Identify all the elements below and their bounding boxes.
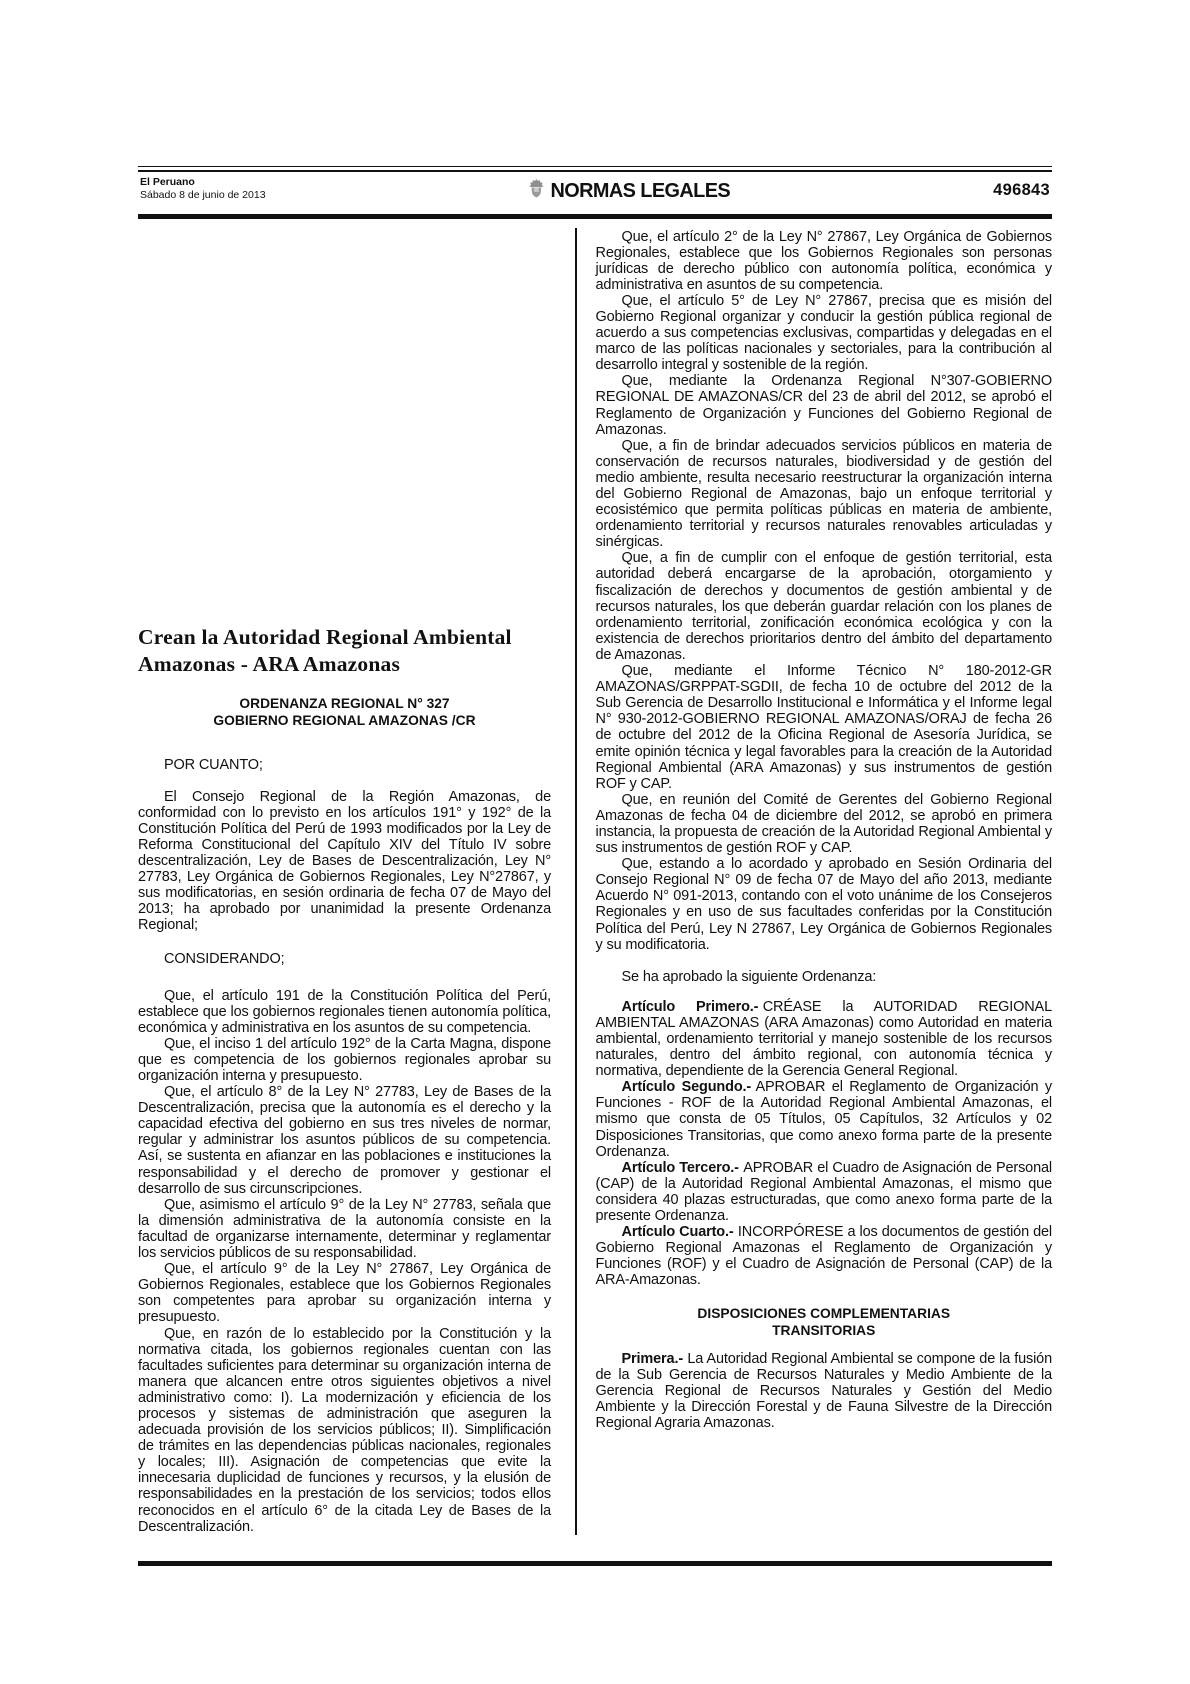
article-paragraph: Artículo Primero.-CRÉASE la AUTORIDAD RE… xyxy=(596,999,1053,1079)
masthead-left: El Peruano Sábado 8 de junio de 2013 xyxy=(140,176,266,202)
considerando-line: CONSIDERANDO; xyxy=(138,951,551,967)
consideration-paragraph: Que, mediante el Informe Técnico N° 180-… xyxy=(596,663,1053,792)
dispositions-heading-line1: DISPOSICIONES COMPLEMENTARIAS xyxy=(596,1305,1053,1322)
consideration-paragraph: Que, el inciso 1 del artículo 192° de la… xyxy=(138,1036,551,1084)
consideration-paragraph: Que, el artículo 5° de Ley N° 27867, pre… xyxy=(596,293,1053,373)
dispositions-heading: DISPOSICIONES COMPLEMENTARIAS TRANSITORI… xyxy=(596,1305,1053,1339)
masthead-row: El Peruano Sábado 8 de junio de 2013 NOR… xyxy=(138,172,1052,214)
por-cuanto-line: POR CUANTO; xyxy=(138,757,551,773)
consideration-paragraph: Que, a fin de brindar adecuados servicio… xyxy=(596,438,1053,551)
article-lead: Artículo Segundo.- xyxy=(622,1079,752,1095)
footer-rule xyxy=(138,1561,1052,1566)
left-column: Crean la Autoridad Regional Ambiental Am… xyxy=(138,228,551,1535)
issue-date: Sábado 8 de junio de 2013 xyxy=(140,189,266,202)
consideration-paragraph: Que, en reunión del Comité de Gerentes d… xyxy=(596,792,1053,856)
disposition-paragraph: Primera.-La Autoridad Regional Ambiental… xyxy=(596,1351,1053,1431)
page-header: El Peruano Sábado 8 de junio de 2013 NOR… xyxy=(138,166,1052,219)
article-lead: Artículo Cuarto.- xyxy=(622,1224,734,1240)
ordinance-number: ORDENANZA REGIONAL N° 327 xyxy=(138,695,551,712)
consideration-paragraph: Que, asimismo el artículo 9° de la Ley N… xyxy=(138,1197,551,1261)
dispositions-heading-line2: TRANSITORIAS xyxy=(596,1322,1053,1339)
article-title-line1: Crean la Autoridad Regional Ambiental xyxy=(138,624,551,651)
gazette-page: El Peruano Sábado 8 de junio de 2013 NOR… xyxy=(0,0,1190,1684)
consideration-paragraph: Que, el artículo 9° de la Ley N° 27867, … xyxy=(138,1261,551,1325)
ordinance-issuer: GOBIERNO REGIONAL AMAZONAS /CR xyxy=(138,712,551,729)
left-column-whitespace xyxy=(138,228,551,624)
article-paragraph: Artículo Segundo.-APROBAR el Reglamento … xyxy=(596,1079,1053,1159)
preamble-paragraph: El Consejo Regional de la Región Amazona… xyxy=(138,789,551,934)
consideration-paragraph: Que, en razón de lo establecido por la C… xyxy=(138,1326,551,1535)
section-title: NORMAS LEGALES xyxy=(550,179,730,203)
consideration-paragraph: Que, el artículo 2° de la Ley N° 27867, … xyxy=(596,229,1053,293)
article-title: Crean la Autoridad Regional Ambiental Am… xyxy=(138,624,551,678)
article-lead: Artículo Primero.- xyxy=(622,999,759,1015)
disposition-lead: Primera.- xyxy=(622,1351,684,1367)
right-column: Que, el artículo 2° de la Ley N° 27867, … xyxy=(596,228,1053,1535)
consideration-paragraph: Que, estando a lo acordado y aprobado en… xyxy=(596,856,1053,953)
consideration-paragraph: Que, mediante la Ordenanza Regional N°30… xyxy=(596,373,1053,437)
consideration-paragraph: Que, el artículo 8° de la Ley N° 27783, … xyxy=(138,1084,551,1197)
article-paragraph: Artículo Cuarto.-INCORPÓRESE a los docum… xyxy=(596,1224,1053,1288)
page-number: 496843 xyxy=(993,181,1050,200)
consideration-paragraph: Que, el artículo 191 de la Constitución … xyxy=(138,988,551,1036)
column-divider xyxy=(575,228,577,1535)
approval-line: Se ha aprobado la siguiente Ordenanza: xyxy=(596,969,1053,985)
header-bottom-rule xyxy=(138,214,1052,219)
article-paragraph: Artículo Tercero.-APROBAR el Cuadro de A… xyxy=(596,1160,1053,1224)
ordinance-heading: ORDENANZA REGIONAL N° 327 GOBIERNO REGIO… xyxy=(138,695,551,729)
masthead-center: NORMAS LEGALES xyxy=(529,179,730,203)
peru-coat-of-arms-icon xyxy=(529,179,544,203)
publication-name: El Peruano xyxy=(140,176,266,189)
consideration-paragraph: Que, a fin de cumplir con el enfoque de … xyxy=(596,550,1053,663)
two-column-body: Crean la Autoridad Regional Ambiental Am… xyxy=(138,228,1052,1535)
article-title-line2: Amazonas - ARA Amazonas xyxy=(138,651,551,678)
article-lead: Artículo Tercero.- xyxy=(622,1160,739,1176)
